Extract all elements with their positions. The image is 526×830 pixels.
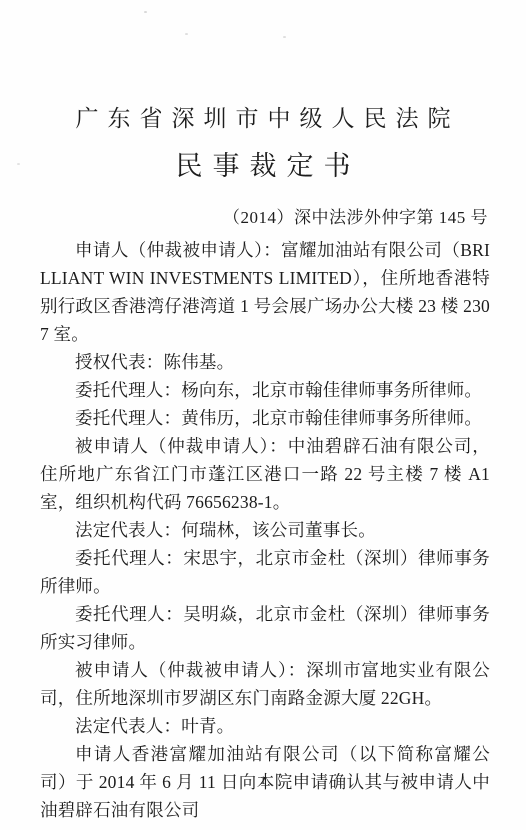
respondent-2-paragraph: 被申请人（仲裁被申请人）：深圳市富地实业有限公司，住所地深圳市罗湖区东门南路金源… xyxy=(40,656,490,712)
scan-artifact xyxy=(185,33,188,35)
court-name-heading: 广东省深圳市中级人民法院 xyxy=(0,0,526,133)
respondent-2-legal-rep: 法定代表人：叶青。 xyxy=(40,712,490,740)
scan-artifact xyxy=(17,163,20,165)
respondent-1-paragraph: 被申请人（仲裁申请人）：中油碧辟石油有限公司，住所地广东省江门市蓬江区港口一路 … xyxy=(40,432,490,516)
applicant-paragraph: 申请人（仲裁被申请人）：富耀加油站有限公司（BRILLIANT WIN INVE… xyxy=(40,236,490,348)
page-number: 1 xyxy=(0,773,526,788)
case-number: （2014）深中法涉外仲字第 145 号 xyxy=(0,183,526,228)
respondent-1-legal-rep: 法定代表人：何瑞林，该公司董事长。 xyxy=(40,516,490,544)
respondent-1-agent-1: 委托代理人：宋思宇，北京市金杜（深圳）律师事务所律师。 xyxy=(40,544,490,600)
document-body: 申请人（仲裁被申请人）：富耀加油站有限公司（BRILLIANT WIN INVE… xyxy=(0,228,526,824)
authorized-representative: 授权代表：陈伟基。 xyxy=(40,348,490,376)
applicant-agent-2: 委托代理人：黄伟历，北京市翰佳律师事务所律师。 xyxy=(40,404,490,432)
document-type-heading: 民事裁定书 xyxy=(0,133,526,183)
scan-artifact xyxy=(144,11,147,13)
respondent-1-agent-2: 委托代理人：吴明焱，北京市金杜（深圳）律师事务所实习律师。 xyxy=(40,600,490,656)
scan-artifact xyxy=(283,36,286,38)
applicant-agent-1: 委托代理人：杨向东，北京市翰佳律师事务所律师。 xyxy=(40,376,490,404)
scanned-court-document-page: 广东省深圳市中级人民法院 民事裁定书 （2014）深中法涉外仲字第 145 号 … xyxy=(0,0,526,830)
